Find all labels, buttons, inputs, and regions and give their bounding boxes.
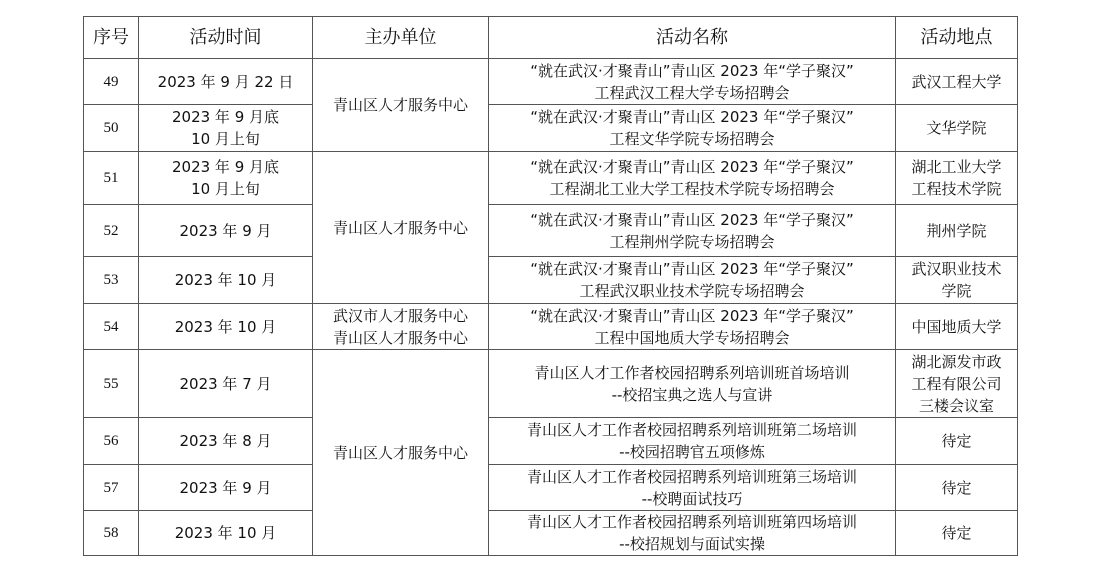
row-time: 2023 年 9 月底10 月上旬 [139,152,313,205]
row-activity-name: 青山区人才工作者校园招聘系列培训班首场培训--校招宝典之选人与宣讲 [489,350,896,418]
table-row: 49 2023 年 9 月 22 日 青山区人才服务中心 “就在武汉·才聚青山”… [84,59,1018,105]
row-no: 50 [84,105,139,152]
row-location: 待定 [896,418,1018,465]
row-organizer: 青山区人才服务中心 [313,59,489,152]
row-activity-name: “就在武汉·才聚青山”青山区 2023 年“学子聚汉”工程武汉工程大学专场招聘会 [489,59,896,105]
row-no: 55 [84,350,139,418]
row-time: 2023 年 10 月 [139,257,313,304]
row-time: 2023 年 8 月 [139,418,313,465]
row-no: 56 [84,418,139,465]
row-location: 武汉工程大学 [896,59,1018,105]
table-row: 57 2023 年 9 月 青山区人才工作者校园招聘系列培训班第三场培训--校聘… [84,465,1018,511]
row-activity-name: “就在武汉·才聚青山”青山区 2023 年“学子聚汉”工程湖北工业大学工程技术学… [489,152,896,205]
table-row: 53 2023 年 10 月 “就在武汉·才聚青山”青山区 2023 年“学子聚… [84,257,1018,304]
row-time: 2023 年 10 月 [139,304,313,350]
row-activity-name: “就在武汉·才聚青山”青山区 2023 年“学子聚汉”工程荆州学院专场招聘会 [489,205,896,257]
row-activity-name: “就在武汉·才聚青山”青山区 2023 年“学子聚汉”工程武汉职业技术学院专场招… [489,257,896,304]
row-activity-name: 青山区人才工作者校园招聘系列培训班第三场培训--校聘面试技巧 [489,465,896,511]
table-row: 55 2023 年 7 月 青山区人才服务中心 青山区人才工作者校园招聘系列培训… [84,350,1018,418]
row-organizer: 武汉市人才服务中心青山区人才服务中心 [313,304,489,350]
row-activity-name: “就在武汉·才聚青山”青山区 2023 年“学子聚汉”工程文华学院专场招聘会 [489,105,896,152]
row-location: 湖北工业大学工程技术学院 [896,152,1018,205]
row-location: 文华学院 [896,105,1018,152]
header-location: 活动地点 [896,17,1018,59]
row-organizer: 青山区人才服务中心 [313,152,489,304]
row-location: 湖北源发市政工程有限公司三楼会议室 [896,350,1018,418]
row-location: 中国地质大学 [896,304,1018,350]
row-no: 57 [84,465,139,511]
row-time: 2023 年 9 月底10 月上旬 [139,105,313,152]
row-time: 2023 年 9 月 [139,205,313,257]
activity-schedule-table: 序号 活动时间 主办单位 活动名称 活动地点 49 2023 年 9 月 22 … [83,16,1018,556]
row-activity-name: 青山区人才工作者校园招聘系列培训班第四场培训--校招规划与面试实操 [489,511,896,556]
row-no: 58 [84,511,139,556]
row-time: 2023 年 7 月 [139,350,313,418]
row-no: 54 [84,304,139,350]
row-location: 待定 [896,465,1018,511]
row-time: 2023 年 9 月 22 日 [139,59,313,105]
header-no: 序号 [84,17,139,59]
row-location: 待定 [896,511,1018,556]
row-no: 53 [84,257,139,304]
table-row: 56 2023 年 8 月 青山区人才工作者校园招聘系列培训班第二场培训--校园… [84,418,1018,465]
table-row: 52 2023 年 9 月 “就在武汉·才聚青山”青山区 2023 年“学子聚汉… [84,205,1018,257]
table-row: 54 2023 年 10 月 武汉市人才服务中心青山区人才服务中心 “就在武汉·… [84,304,1018,350]
row-no: 49 [84,59,139,105]
row-location: 荆州学院 [896,205,1018,257]
row-location: 武汉职业技术学院 [896,257,1018,304]
row-activity-name: “就在武汉·才聚青山”青山区 2023 年“学子聚汉”工程中国地质大学专场招聘会 [489,304,896,350]
row-organizer: 青山区人才服务中心 [313,350,489,556]
row-no: 52 [84,205,139,257]
row-no: 51 [84,152,139,205]
row-time: 2023 年 9 月 [139,465,313,511]
table-row: 58 2023 年 10 月 青山区人才工作者校园招聘系列培训班第四场培训--校… [84,511,1018,556]
row-time: 2023 年 10 月 [139,511,313,556]
header-organizer: 主办单位 [313,17,489,59]
header-time: 活动时间 [139,17,313,59]
table-row: 50 2023 年 9 月底10 月上旬 “就在武汉·才聚青山”青山区 2023… [84,105,1018,152]
table-row: 51 2023 年 9 月底10 月上旬 青山区人才服务中心 “就在武汉·才聚青… [84,152,1018,205]
header-row: 序号 活动时间 主办单位 活动名称 活动地点 [84,17,1018,59]
header-activity-name: 活动名称 [489,17,896,59]
row-activity-name: 青山区人才工作者校园招聘系列培训班第二场培训--校园招聘官五项修炼 [489,418,896,465]
